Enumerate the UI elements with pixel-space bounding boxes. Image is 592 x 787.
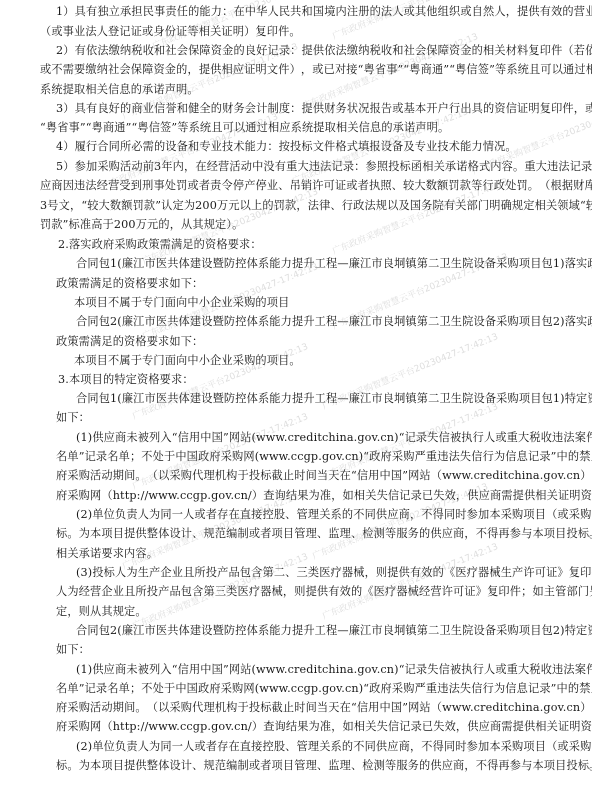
text-line: “粤省事”“粤商通”“粤信签”等系统且可以通过相应系统提取相关信息的承诺声明。 bbox=[40, 121, 449, 135]
text-line: (1)供应商未被列入“信用中国”网站(www.creditchina.gov.c… bbox=[76, 431, 556, 445]
text-line: 3）具有良好的商业信誉和健全的财务会计制度：提供财务状况报告或基本开户行出具的资… bbox=[56, 102, 556, 116]
text-line: 2.落实政府采购政策需满足的资格要求： bbox=[58, 238, 262, 252]
text-line: 相关承诺要求内容。 bbox=[56, 547, 158, 561]
text-line: 定，则从其规定。 bbox=[56, 605, 147, 619]
text-line: 如下： bbox=[56, 411, 90, 425]
text-line: 合同包2(廉江市医共体建设暨防控体系能力提升工程—廉江市良垌镇第二卫生院设备采购… bbox=[76, 315, 556, 329]
text-line: 合同包1(廉江市医共体建设暨防控体系能力提升工程—廉江市良垌镇第二卫生院设备采购… bbox=[76, 392, 556, 406]
text-line: 3.本项目的特定资格要求： bbox=[58, 373, 194, 387]
text-line: 名单”记录名单；不处于中国政府采购网(www.ccgp.gov.cn)“政府采购… bbox=[56, 450, 556, 464]
text-line: 标。为本项目提供整体设计、规范编制或者项目管理、监理、检测等服务的供应商，不得再… bbox=[56, 527, 556, 541]
text-line: 系统提取相关信息的承诺声明。 bbox=[40, 83, 199, 97]
text-line: 如下： bbox=[56, 643, 90, 657]
text-line: 府采购活动期间。（以采购代理机构于投标截止时间当天在“信用中国”网站（www.c… bbox=[56, 469, 556, 483]
text-line: 5）参加采购活动前3年内，在经营活动中没有重大违法记录：参照投标函相关承诺格式内… bbox=[56, 160, 556, 174]
text-line: (2)单位负责人为同一人或者存在直接控股、管理关系的不同供应商，不得同时参加本采… bbox=[76, 740, 556, 754]
text-line: 3号文，“较大数额罚款”认定为200万元以上的罚款，法律、行政法规以及国务院有关… bbox=[40, 199, 556, 213]
text-line: 2）有依法缴纳税收和社会保障资金的良好记录：提供依法缴纳税收和社会保障资金的相关… bbox=[56, 44, 556, 58]
document-page: 1）具有独立承担民事责任的能力：在中华人民共和国境内注册的法人或其他组织或自然人… bbox=[0, 0, 592, 787]
text-line: 合同包1(廉江市医共体建设暨防控体系能力提升工程—廉江市良垌镇第二卫生院设备采购… bbox=[76, 257, 556, 271]
text-line: 罚款”标准高于200万元的，从其规定）。 bbox=[40, 218, 243, 232]
text-line: 合同包2(廉江市医共体建设暨防控体系能力提升工程—廉江市良垌镇第二卫生院设备采购… bbox=[76, 624, 556, 638]
text-line: 或不需要缴纳社会保障资金的，提供相应证明文件），或已对接“粤省事”“粤商通”“粤… bbox=[40, 63, 556, 77]
text-line: 1）具有独立承担民事责任的能力：在中华人民共和国境内注册的法人或其他组织或自然人… bbox=[56, 5, 556, 19]
text-line: 本项目不属于专门面向中小企业采购的项目 bbox=[74, 296, 289, 310]
text-line: (1)供应商未被列入“信用中国”网站(www.creditchina.gov.c… bbox=[76, 663, 556, 677]
text-line: 应商因违法经营受到刑事处罚或者责令停产停业、吊销许可证或者执照、较大数额罚款等行… bbox=[40, 179, 556, 193]
text-line: (2)单位负责人为同一人或者存在直接控股、管理关系的不同供应商，不得同时参加本采… bbox=[76, 508, 556, 522]
text-line: （或事业法人登记证或身份证等相关证明）复印件。 bbox=[40, 25, 301, 39]
watermark: 广东政府采购智慧云平台20230427-17:42:13 bbox=[320, 539, 500, 622]
text-line: 政策需满足的资格要求如下： bbox=[56, 277, 203, 291]
text-line: 府采购网（http://www.ccgp.gov.cn/）查询结果为准，如相关失… bbox=[56, 489, 592, 503]
text-line: (3)投标人为生产企业且所投产品包含第二、三类医疗器械，则提供有效的《医疗器械生… bbox=[76, 566, 556, 580]
text-line: 标。为本项目提供整体设计、规范编制或者项目管理、监理、检测等服务的供应商，不得再… bbox=[56, 759, 556, 773]
text-line: 4）履行合同所必需的设备和专业技术能力：按投标文件格式填报设备及专业技术能力情况… bbox=[56, 140, 517, 154]
text-line: 名单”记录名单；不处于中国政府采购网(www.ccgp.gov.cn)“政府采购… bbox=[56, 682, 556, 696]
text-line: 本项目不属于专门面向中小企业采购的项目。 bbox=[74, 354, 301, 368]
text-line: 府采购活动期间。（以采购代理机构于投标截止时间当天在“信用中国”网站（www.c… bbox=[56, 701, 556, 715]
text-line: 府采购网（http://www.ccgp.gov.cn/）查询结果为准，如相关失… bbox=[56, 720, 592, 734]
text-line: 人为经营企业且所投产品包含第三类医疗器械，则提供有效的《医疗器械经营许可证》复印… bbox=[56, 585, 556, 599]
text-line: 政策需满足的资格要求如下： bbox=[56, 335, 203, 349]
